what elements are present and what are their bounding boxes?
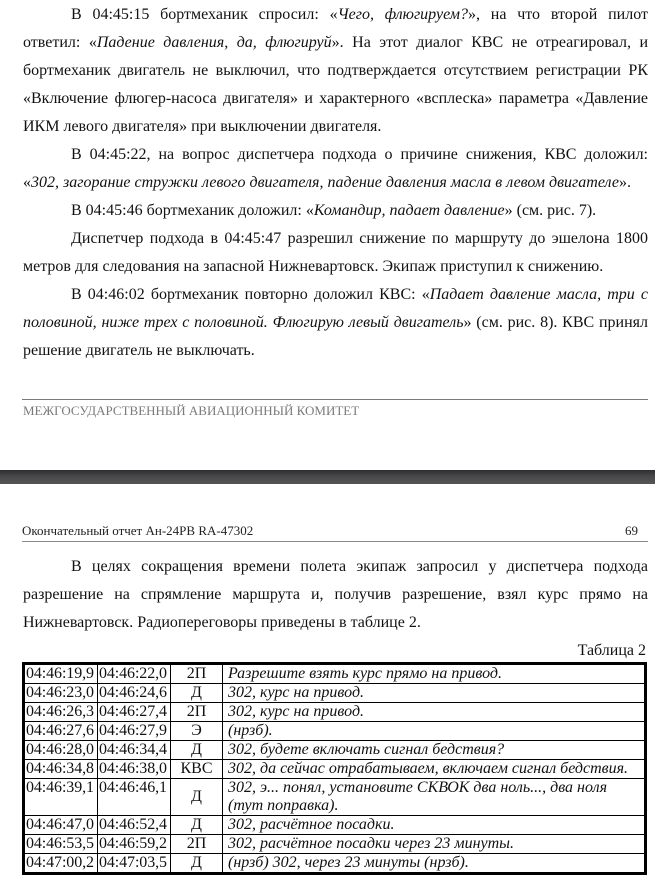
body-paragraph: В 04:46:02 бортмеханик повторно доложил … bbox=[23, 281, 648, 365]
message-cell: 302, курс на привод. bbox=[223, 684, 646, 703]
table-row: 04:47:00,204:47:03,5Д(нрзб) 302, через 2… bbox=[24, 854, 646, 874]
quoted-speech: Падение давления, да, флюгируй bbox=[97, 34, 332, 51]
end-time-cell: 04:46:59,2 bbox=[98, 835, 171, 854]
end-time-cell: 04:46:22,0 bbox=[98, 664, 171, 684]
end-time-cell: 04:47:03,5 bbox=[98, 854, 171, 874]
start-time-cell: 04:46:23,0 bbox=[24, 684, 98, 703]
text-segment: Диспетчер подхода в 04:45:47 разрешил сн… bbox=[23, 230, 648, 275]
speaker-cell: 2П bbox=[171, 835, 223, 854]
end-time-cell: 04:46:27,9 bbox=[98, 722, 171, 741]
page-separator bbox=[0, 470, 655, 484]
message-cell: 302, расчётное посадки через 23 минуты. bbox=[223, 835, 646, 854]
start-time-cell: 04:46:27,6 bbox=[24, 722, 98, 741]
quoted-speech: 302, загорание стружки левого двигателя,… bbox=[31, 174, 619, 191]
text-segment: В 04:45:15 бортмеханик спросил: « bbox=[71, 6, 338, 23]
text-segment: В 04:46:02 бортмеханик повторно доложил … bbox=[71, 286, 430, 303]
message-cell: 302, да сейчас отрабатываем, включаем си… bbox=[223, 760, 646, 779]
body-paragraph: В 04:45:22, на вопрос диспетчера подхода… bbox=[23, 141, 648, 197]
body-paragraph: В 04:45:15 бортмеханик спросил: «Чего, ф… bbox=[23, 1, 648, 141]
page-header-title: Окончательный отчет Ан-24РВ RA-47302 bbox=[22, 523, 253, 539]
table-row: 04:46:28,004:46:34,4Д302, будете включат… bbox=[24, 741, 646, 760]
end-time-cell: 04:46:46,1 bbox=[98, 779, 171, 816]
speaker-cell: 2П bbox=[171, 703, 223, 722]
table-row: 04:46:19,904:46:22,02ПРазрешите взять ку… bbox=[24, 664, 646, 684]
speaker-cell: Д bbox=[171, 854, 223, 874]
end-time-cell: 04:46:38,0 bbox=[98, 760, 171, 779]
page-footer: МЕЖГОСУДАРСТВЕННЫЙ АВИАЦИОННЫЙ КОМИТЕТ bbox=[23, 403, 359, 419]
document-page-top: В 04:45:15 бортмеханик спросил: «Чего, ф… bbox=[0, 0, 655, 470]
radio-log-table: 04:46:19,904:46:22,02ПРазрешите взять ку… bbox=[22, 662, 647, 875]
message-cell: 302, будете включать сигнал бедствия? bbox=[223, 741, 646, 760]
speaker-cell: 2П bbox=[171, 664, 223, 684]
quoted-speech: Чего, флюгируем? bbox=[338, 6, 468, 23]
table-row: 04:46:23,004:46:24,6Д302, курс на привод… bbox=[24, 684, 646, 703]
speaker-cell: Д bbox=[171, 684, 223, 703]
text-segment: ». bbox=[619, 174, 631, 191]
end-time-cell: 04:46:24,6 bbox=[98, 684, 171, 703]
message-cell: 302, расчётное посадки. bbox=[223, 816, 646, 835]
end-time-cell: 04:46:34,4 bbox=[98, 741, 171, 760]
message-cell: 302, э... понял, установите СКВОК два но… bbox=[223, 779, 646, 816]
text-segment: В 04:45:46 бортмеханик доложил: « bbox=[71, 202, 314, 219]
table-row: 04:46:39,104:46:46,1Д302, э... понял, ус… bbox=[24, 779, 646, 816]
speaker-cell: Э bbox=[171, 722, 223, 741]
header-rule bbox=[22, 541, 648, 542]
body-paragraph: Диспетчер подхода в 04:45:47 разрешил сн… bbox=[23, 225, 648, 281]
message-cell: (нрзб) 302, через 23 минуты (нрзб). bbox=[223, 854, 646, 874]
table-row: 04:46:34,804:46:38,0КВС302, да сейчас от… bbox=[24, 760, 646, 779]
end-time-cell: 04:46:27,4 bbox=[98, 703, 171, 722]
quoted-speech: Командир, падает давление bbox=[314, 202, 505, 219]
start-time-cell: 04:46:39,1 bbox=[24, 779, 98, 816]
speaker-cell: Д bbox=[171, 779, 223, 816]
end-time-cell: 04:46:52,4 bbox=[98, 816, 171, 835]
text-segment: » (см. рис. 7). bbox=[505, 202, 597, 219]
start-time-cell: 04:46:19,9 bbox=[24, 664, 98, 684]
speaker-cell: Д bbox=[171, 816, 223, 835]
start-time-cell: 04:46:53,5 bbox=[24, 835, 98, 854]
table-row: 04:46:26,304:46:27,42П302, курс на приво… bbox=[24, 703, 646, 722]
table-caption: Таблица 2 bbox=[578, 642, 646, 660]
start-time-cell: 04:47:00,2 bbox=[24, 854, 98, 874]
body-paragraph: В 04:45:46 бортмеханик доложил: «Команди… bbox=[23, 197, 648, 225]
start-time-cell: 04:46:26,3 bbox=[24, 703, 98, 722]
start-time-cell: 04:46:28,0 bbox=[24, 741, 98, 760]
message-cell: 302, курс на привод. bbox=[223, 703, 646, 722]
speaker-cell: КВС bbox=[171, 760, 223, 779]
message-cell: (нрзб). bbox=[223, 722, 646, 741]
start-time-cell: 04:46:47,0 bbox=[24, 816, 98, 835]
start-time-cell: 04:46:34,8 bbox=[24, 760, 98, 779]
message-cell: Разрешите взять курс прямо на привод. bbox=[223, 664, 646, 684]
footer-rule bbox=[22, 399, 648, 400]
body-paragraph: В целях сокращения времени полета экипаж… bbox=[23, 553, 648, 637]
table-row: 04:46:47,004:46:52,4Д302, расчётное поса… bbox=[24, 816, 646, 835]
speaker-cell: Д bbox=[171, 741, 223, 760]
page-number: 69 bbox=[625, 523, 638, 539]
table-row: 04:46:27,604:46:27,9Э(нрзб). bbox=[24, 722, 646, 741]
table-row: 04:46:53,504:46:59,22П302, расчётное пос… bbox=[24, 835, 646, 854]
